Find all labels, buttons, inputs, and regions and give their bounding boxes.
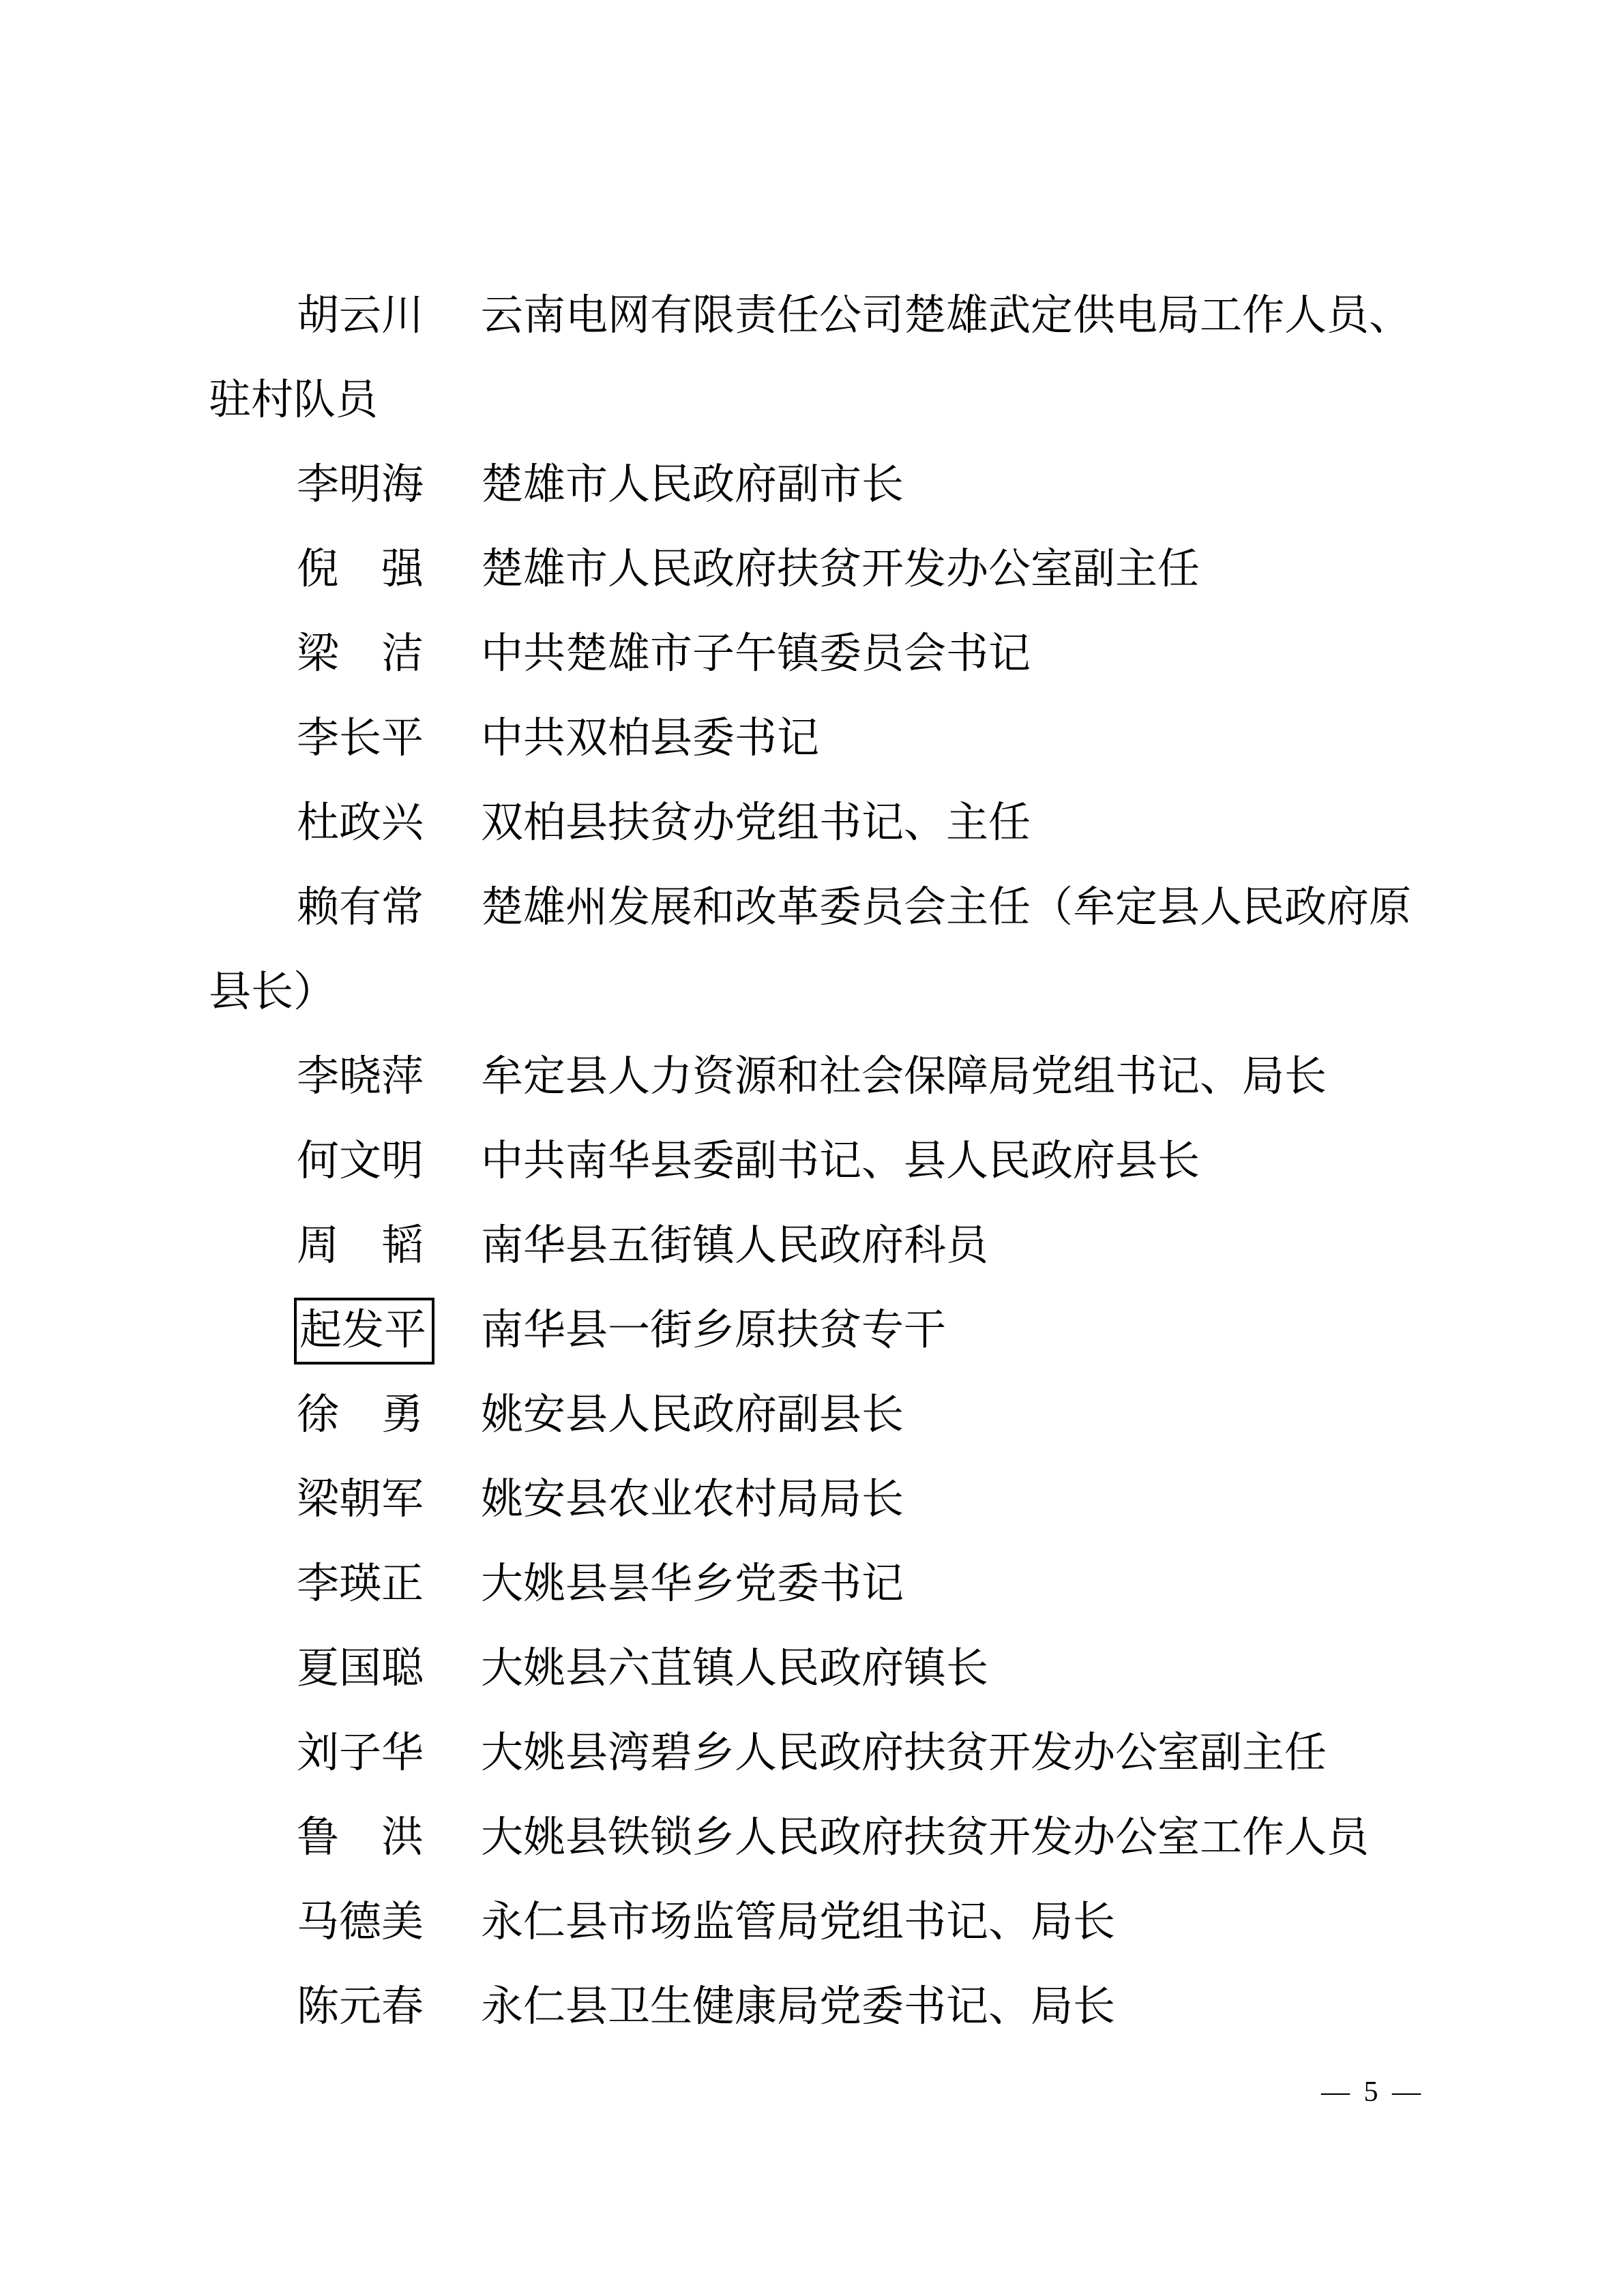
entry-line: 李晓萍牟定县人力资源和社会保障局党组书记、局长 [209,1034,1417,1119]
person-name-text: 胡云川 [297,293,424,339]
entry-line: 起发平南华县一街乡原扶贫专干 [209,1288,1417,1373]
person-name: 鲁 洪 [297,1795,481,1880]
person-title: 牟定县人力资源和社会保障局党组书记、局长 [481,1054,1327,1100]
person-title: 姚安县农业农村局局长 [481,1476,904,1523]
list-entry: 夏国聪大姚县六苴镇人民政府镇长 [209,1626,1417,1711]
list-entry: 马德美永仁县市场监管局党组书记、局长 [209,1880,1417,1965]
continuation-line: 驻村队员 [209,358,1417,443]
list-entry: 李瑛正大姚县昙华乡党委书记 [209,1542,1417,1626]
list-entry: 陈元春永仁县卫生健康局党委书记、局长 [209,1965,1417,2049]
page-number: — 5 — [1321,2072,1424,2113]
person-name-text: 梁朝军 [297,1476,424,1523]
entry-line: 梁 洁中共楚雄市子午镇委员会书记 [209,612,1417,696]
person-name: 起发平 [297,1288,481,1373]
list-entry: 何文明中共南华县委副书记、县人民政府县长 [209,1119,1417,1204]
person-name-text: 马德美 [297,1899,424,1945]
person-title: 中共双柏县委书记 [481,715,819,762]
entry-line: 李瑛正大姚县昙华乡党委书记 [209,1542,1417,1626]
entry-line: 赖有常楚雄州发展和改革委员会主任（牟定县人民政府原 [209,865,1417,950]
person-title: 大姚县铁锁乡人民政府扶贫开发办公室工作人员 [481,1815,1369,1861]
person-name-text: 周 韬 [297,1223,424,1269]
list-entry: 梁朝军姚安县农业农村局局长 [209,1457,1417,1542]
person-name-text: 刘子华 [297,1730,424,1776]
list-entry: 徐 勇姚安县人民政府副县长 [209,1373,1417,1457]
person-name-text: 鲁 洪 [297,1815,424,1861]
person-name: 刘子华 [297,1711,481,1795]
list-entry: 倪 强楚雄市人民政府扶贫开发办公室副主任 [209,527,1417,612]
person-title: 大姚县湾碧乡人民政府扶贫开发办公室副主任 [481,1730,1327,1776]
entry-line: 夏国聪大姚县六苴镇人民政府镇长 [209,1626,1417,1711]
entry-line: 梁朝军姚安县农业农村局局长 [209,1457,1417,1542]
list-entry: 刘子华大姚县湾碧乡人民政府扶贫开发办公室副主任 [209,1711,1417,1795]
person-title: 中共楚雄市子午镇委员会书记 [481,631,1031,677]
person-title: 双柏县扶贫办党组书记、主任 [481,800,1031,846]
entry-line: 鲁 洪大姚县铁锁乡人民政府扶贫开发办公室工作人员 [209,1795,1417,1880]
person-name-text: 倪 强 [297,546,424,593]
person-name: 李瑛正 [297,1542,481,1626]
entry-line: 李长平中共双柏县委书记 [209,696,1417,781]
entry-line: 陈元春永仁县卫生健康局党委书记、局长 [209,1965,1417,2049]
person-name: 李明海 [297,443,481,527]
entry-line: 周 韬南华县五街镇人民政府科员 [209,1204,1417,1288]
person-title: 中共南华县委副书记、县人民政府县长 [481,1138,1200,1184]
list-entry: 起发平南华县一街乡原扶贫专干 [209,1288,1417,1373]
continuation-line: 县长） [209,950,1417,1034]
person-name-text: 杜政兴 [297,800,424,846]
list-entry: 杜政兴双柏县扶贫办党组书记、主任 [209,781,1417,865]
person-name-text: 李长平 [297,715,424,762]
person-name: 赖有常 [297,865,481,950]
person-name-text: 徐 勇 [297,1392,424,1438]
list-entry: 梁 洁中共楚雄市子午镇委员会书记 [209,612,1417,696]
list-entry: 鲁 洪大姚县铁锁乡人民政府扶贫开发办公室工作人员 [209,1795,1417,1880]
highlighted-person-name-box: 起发平 [294,1298,434,1365]
person-name-text: 李明海 [297,462,424,508]
person-name: 梁朝军 [297,1457,481,1542]
person-name: 马德美 [297,1880,481,1965]
list-entry: 周 韬南华县五街镇人民政府科员 [209,1204,1417,1288]
person-name: 李晓萍 [297,1034,481,1119]
person-title: 大姚县昙华乡党委书记 [481,1561,904,1607]
person-name: 李长平 [297,696,481,781]
person-name-text: 李瑛正 [297,1561,424,1607]
entry-line: 倪 强楚雄市人民政府扶贫开发办公室副主任 [209,527,1417,612]
list-entry: 李明海楚雄市人民政府副市长 [209,443,1417,527]
person-name: 倪 强 [297,527,481,612]
person-name: 周 韬 [297,1204,481,1288]
person-title: 永仁县市场监管局党组书记、局长 [481,1899,1115,1945]
award-name-list: 胡云川云南电网有限责任公司楚雄武定供电局工作人员、 驻村队员 李明海楚雄市人民政… [209,273,1417,2049]
entry-line: 李明海楚雄市人民政府副市长 [209,443,1417,527]
person-name: 何文明 [297,1119,481,1204]
person-name: 杜政兴 [297,781,481,865]
list-entry: 李晓萍牟定县人力资源和社会保障局党组书记、局长 [209,1034,1417,1119]
entry-line: 杜政兴双柏县扶贫办党组书记、主任 [209,781,1417,865]
list-entry: 李长平中共双柏县委书记 [209,696,1417,781]
entry-line: 马德美永仁县市场监管局党组书记、局长 [209,1880,1417,1965]
person-name: 徐 勇 [297,1373,481,1457]
entry-line: 刘子华大姚县湾碧乡人民政府扶贫开发办公室副主任 [209,1711,1417,1795]
person-name: 梁 洁 [297,612,481,696]
person-title: 楚雄州发展和改革委员会主任（牟定县人民政府原 [481,884,1411,931]
person-title: 南华县五街镇人民政府科员 [481,1223,988,1269]
person-title: 大姚县六苴镇人民政府镇长 [481,1645,988,1692]
document-page: 胡云川云南电网有限责任公司楚雄武定供电局工作人员、 驻村队员 李明海楚雄市人民政… [0,0,1624,2296]
person-title: 楚雄市人民政府副市长 [481,462,904,508]
list-entry: 胡云川云南电网有限责任公司楚雄武定供电局工作人员、 驻村队员 [209,273,1417,443]
person-name-text: 何文明 [297,1138,424,1184]
list-entry: 赖有常楚雄州发展和改革委员会主任（牟定县人民政府原 县长） [209,865,1417,1034]
person-title: 姚安县人民政府副县长 [481,1392,904,1438]
person-title: 楚雄市人民政府扶贫开发办公室副主任 [481,546,1200,593]
person-name: 陈元春 [297,1965,481,2049]
person-name: 夏国聪 [297,1626,481,1711]
person-name-text: 梁 洁 [297,631,424,677]
person-name-text: 夏国聪 [297,1645,424,1692]
entry-line: 徐 勇姚安县人民政府副县长 [209,1373,1417,1457]
person-title: 云南电网有限责任公司楚雄武定供电局工作人员、 [481,293,1411,339]
entry-line: 何文明中共南华县委副书记、县人民政府县长 [209,1119,1417,1204]
entry-line: 胡云川云南电网有限责任公司楚雄武定供电局工作人员、 [209,273,1417,358]
person-title: 永仁县卫生健康局党委书记、局长 [481,1984,1115,2030]
person-name-text: 赖有常 [297,884,424,931]
person-name-text: 陈元春 [297,1984,424,2030]
person-name: 胡云川 [297,273,481,358]
person-title: 南华县一街乡原扶贫专干 [481,1307,946,1354]
person-name-text: 李晓萍 [297,1054,424,1100]
